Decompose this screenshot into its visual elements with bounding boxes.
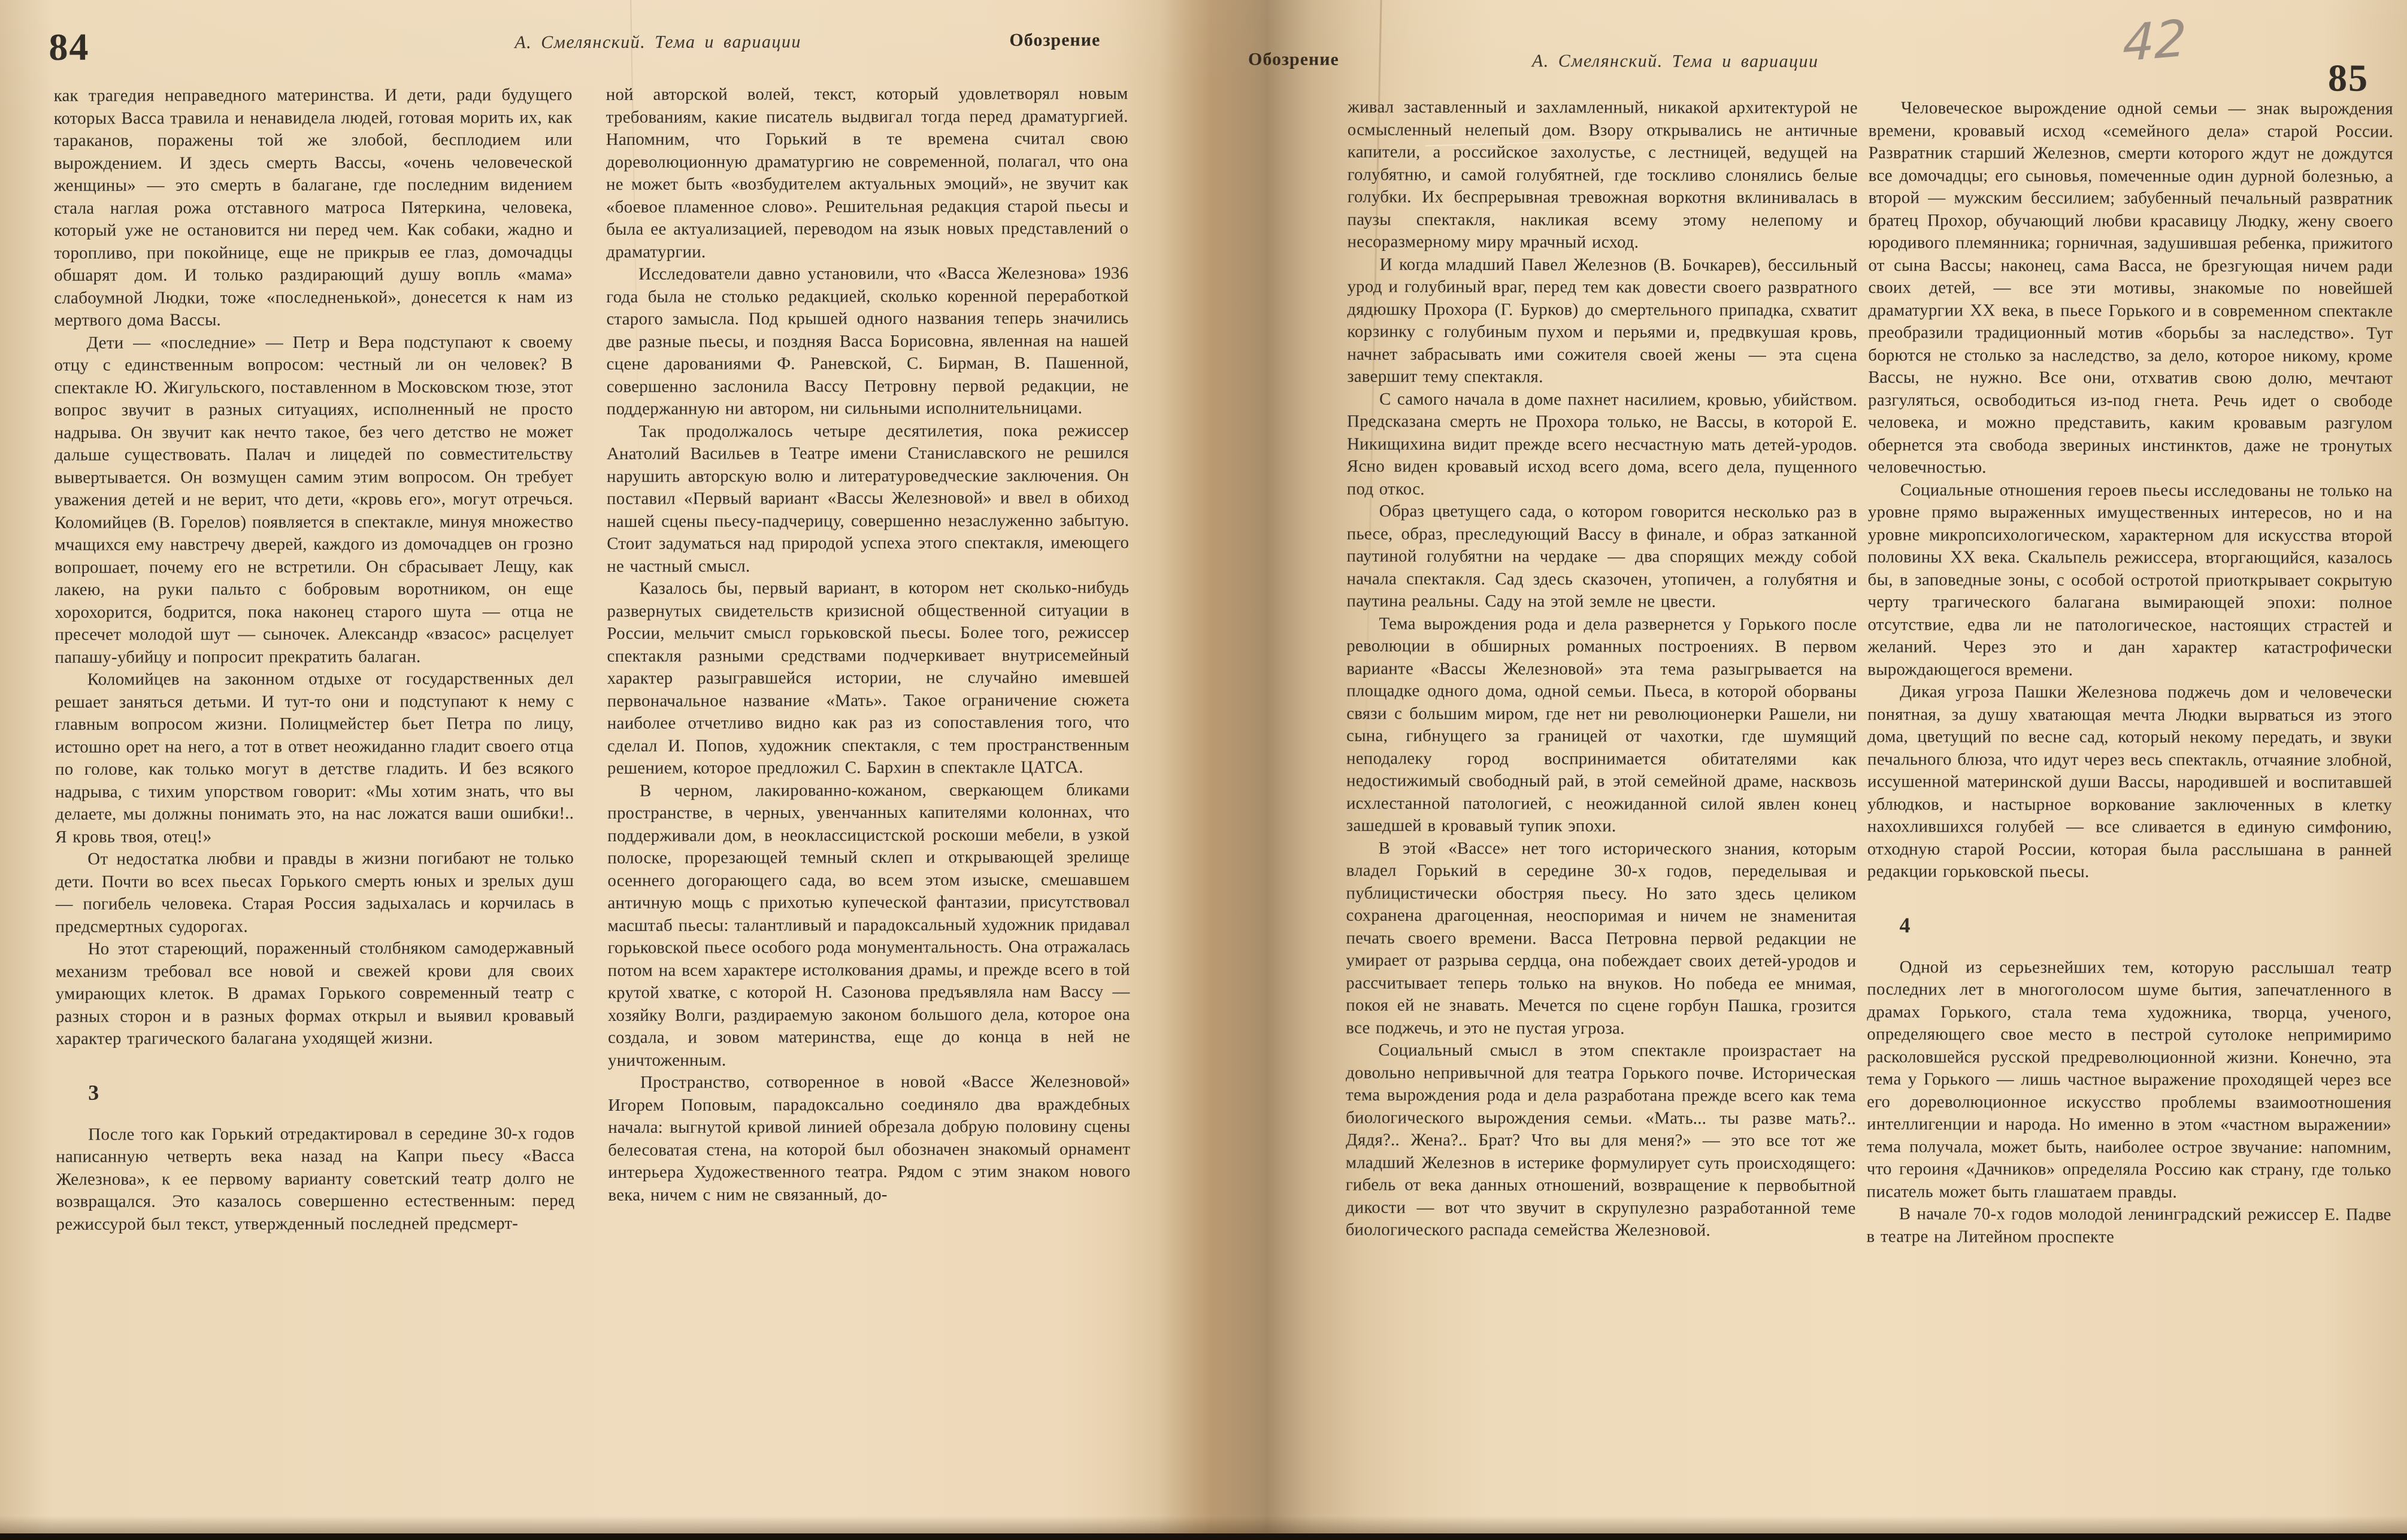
paragraph: В начале 70-х годов молодой ленинградски… <box>1867 1203 2391 1249</box>
paragraph: как трагедия неправедного материнства. И… <box>54 84 573 332</box>
left-page-column-1: как трагедия неправедного материнства. И… <box>54 84 576 1490</box>
paragraph: С самого начала в доме пахнет насилием, … <box>1347 388 1857 501</box>
paragraph: Тема вырождения рода и дела развернется … <box>1346 613 1857 838</box>
page-84: 84 А. Смелянский. Тема и вариации Обозре… <box>0 0 1194 1540</box>
paragraph: Человеческое вырождение одной семьи — зн… <box>1868 97 2393 480</box>
running-title-right: А. Смелянский. Тема и вариации <box>1532 51 1819 72</box>
page-number-84: 84 <box>49 25 89 69</box>
paragraph: Дети — «последние» — Петр и Вера подступ… <box>54 331 573 669</box>
paragraph: Но этот стареющий, пораженный столбняком… <box>56 937 574 1050</box>
paragraph: Пространство, сотворенное в новой «Вассе… <box>608 1071 1130 1206</box>
running-title-left: А. Смелянский. Тема и вариации <box>514 32 801 53</box>
page-number-85: 85 <box>2328 56 2369 101</box>
left-page-column-2: ной авторской волей, текст, который удов… <box>606 83 1131 1489</box>
running-section-left: Обозрение <box>1009 30 1100 50</box>
paragraph: В черном, лакированно-кожаном, сверкающе… <box>607 779 1130 1072</box>
paragraph: После того как Горький отредактировал в … <box>56 1123 574 1236</box>
paragraph: Социальные отношения героев пьесы исслед… <box>1867 479 2393 682</box>
paragraph: Так продолжалось четыре десятилетия, пок… <box>607 420 1130 578</box>
section-heading: 3 <box>56 1080 574 1105</box>
section-heading: 4 <box>1867 913 2392 938</box>
paragraph: В этой «Вассе» нет того исторического зн… <box>1346 837 1857 1040</box>
paragraph: Казалось бы, первый вариант, в котором н… <box>607 577 1130 780</box>
paragraph: живал заставленный и захламленный, никак… <box>1348 96 1858 254</box>
paragraph: Исследователи давно установили, что «Вас… <box>606 262 1129 420</box>
page-gutter-shadow <box>1114 0 1413 1540</box>
scan-edge <box>0 1533 2407 1540</box>
right-page-column-1: живал заставленный и захламленный, никак… <box>1345 96 1858 1492</box>
paragraph: Дикая угроза Пашки Железнова поджечь дом… <box>1867 681 2393 884</box>
paragraph: ной авторской волей, текст, который удов… <box>606 83 1129 263</box>
paragraph: Образ цветущего сада, о котором говоритс… <box>1346 501 1857 614</box>
paragraph: И когда младший Павел Железнов (В. Бочка… <box>1347 253 1857 389</box>
right-page-column-2: Человеческое вырождение одной семьи — зн… <box>1866 97 2393 1493</box>
paragraph: Коломийцев на законном отдыхе от государ… <box>55 668 574 848</box>
bottom-shadow <box>0 1516 2407 1534</box>
paragraph: Одной из серьезнейших тем, которую рассл… <box>1867 956 2392 1204</box>
handwritten-pencil-note: 42 <box>2122 8 2187 73</box>
paragraph: От недостатка любви и правды в жизни пог… <box>55 847 574 938</box>
paragraph: Социальный смысл в этом спектакле произр… <box>1346 1039 1857 1242</box>
book-spread: 84 А. Смелянский. Тема и вариации Обозре… <box>0 0 2407 1540</box>
